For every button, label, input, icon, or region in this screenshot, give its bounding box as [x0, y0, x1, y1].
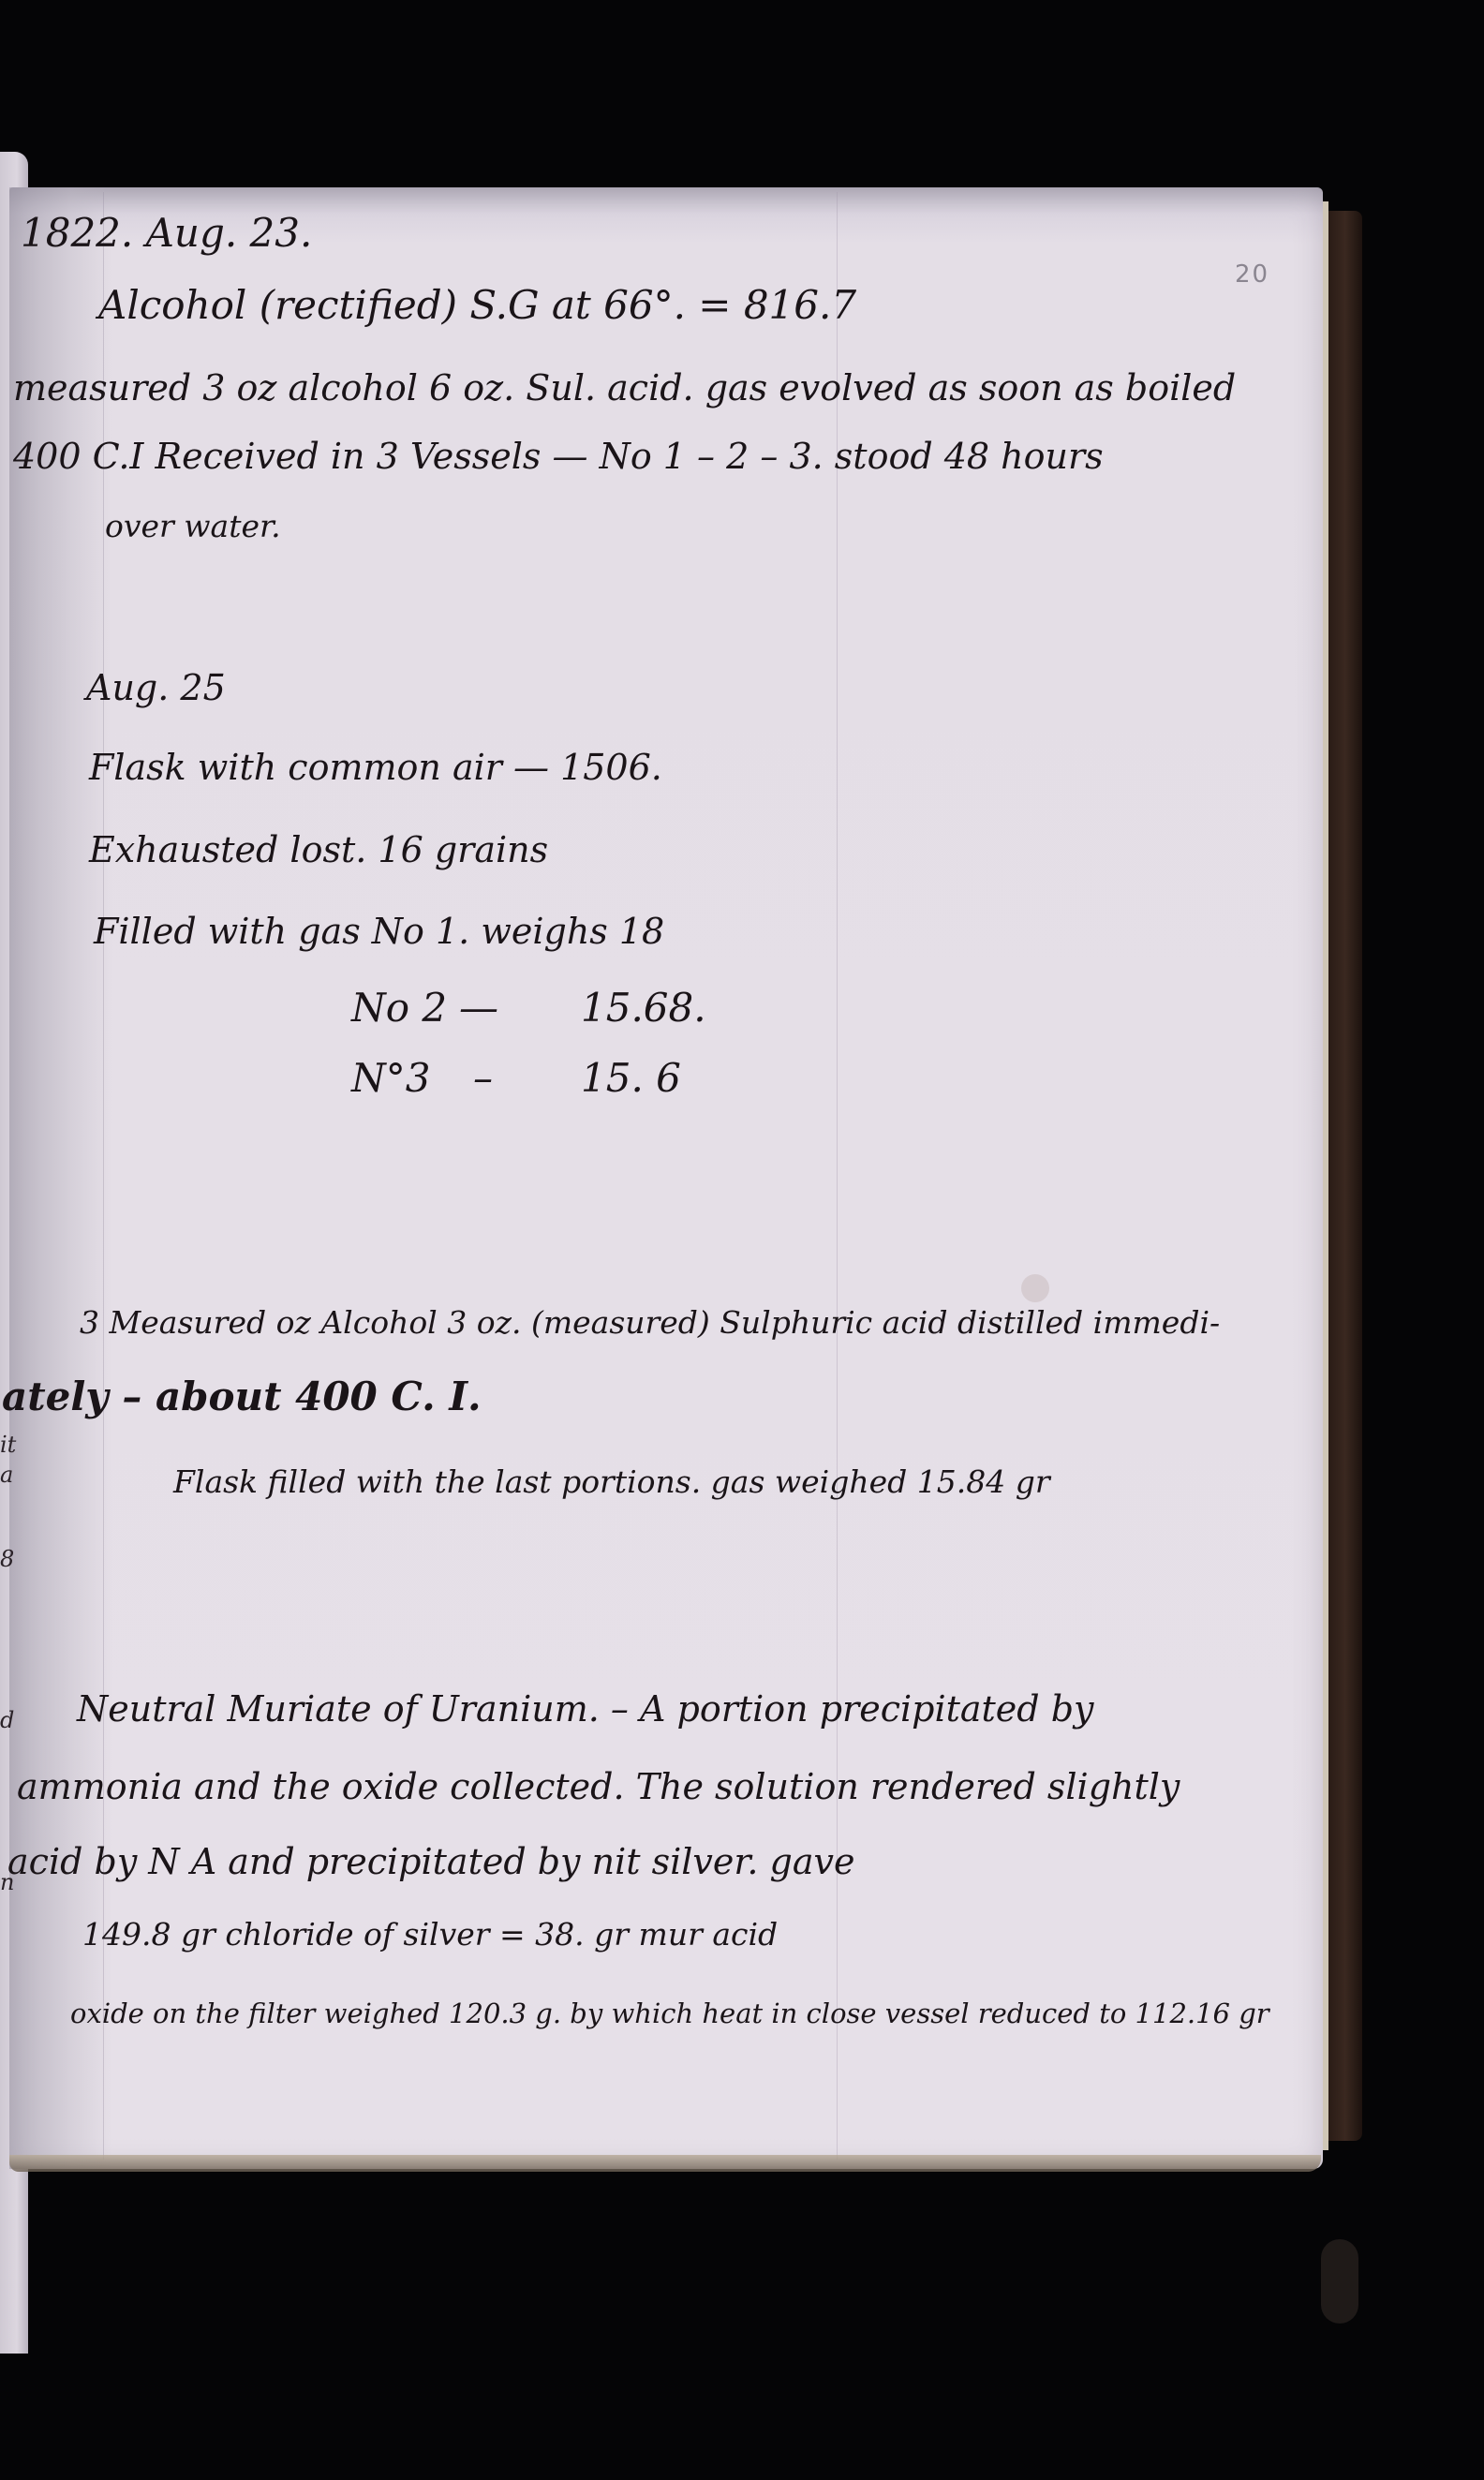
entry-line: 3 Measured oz Alcohol 3 oz. (measured) S… — [80, 1307, 1220, 1338]
facing-page-fragment: 8 — [0, 1546, 14, 1572]
entry-line: acid by N A and precipitated by nit silv… — [7, 1844, 854, 1879]
entry-line: over water. — [105, 511, 281, 542]
entry-line: ately – about 400 C. I. — [2, 1377, 482, 1417]
entry-line: measured 3 oz alcohol 6 oz. Sul. acid. g… — [13, 370, 1236, 406]
weight-label: N°3 — [351, 1059, 430, 1098]
facing-page-fragment: n — [0, 1869, 14, 1895]
weight-value: 15. 6 — [581, 1059, 681, 1098]
facing-page-fragment: d — [0, 1707, 14, 1733]
weight-label: No 2 — [351, 988, 447, 1028]
entry-line: 149.8 gr chloride of silver = 38. gr mur… — [82, 1919, 778, 1950]
entry-date: 1822. Aug. 23. — [21, 214, 312, 253]
weight-value: 15.68. — [581, 988, 706, 1028]
entry-line: ammonia and the oxide collected. The sol… — [17, 1769, 1180, 1804]
entry-line: Exhausted lost. 16 grains — [89, 832, 548, 868]
entry-line: 400 C.I Received in 3 Vessels — No 1 – 2… — [13, 438, 1104, 474]
entry-line: Flask filled with the last portions. gas… — [173, 1466, 1050, 1497]
facing-page-fragment: a — [0, 1462, 13, 1488]
weight-separator: – — [473, 1059, 493, 1098]
entry-date: Aug. 25 — [86, 670, 226, 705]
entry-line: Alcohol (rectified) S.G at 66°. = 816.7 — [98, 286, 856, 325]
leather-cover — [1328, 211, 1362, 2141]
entry-line: Filled with gas No 1. weighs 18 — [94, 913, 664, 949]
manuscript-scan: 20 1822. Aug. 23. Alcohol (rectified) S.… — [0, 0, 1484, 2480]
entry-line: oxide on the filter weighed 120.3 g. by … — [70, 2000, 1269, 2027]
entry-line: Flask with common air — 1506. — [89, 750, 662, 785]
entry-line: Neutral Muriate of Uranium. – A portion … — [77, 1691, 1094, 1727]
facing-page-fragment: it — [0, 1432, 16, 1458]
ink-stain — [1021, 1274, 1049, 1302]
page-bottom-edge — [9, 2155, 1321, 2172]
weight-separator: — — [459, 988, 498, 1028]
folio-number: 20 — [1235, 260, 1269, 289]
water-stain — [1321, 2239, 1358, 2324]
